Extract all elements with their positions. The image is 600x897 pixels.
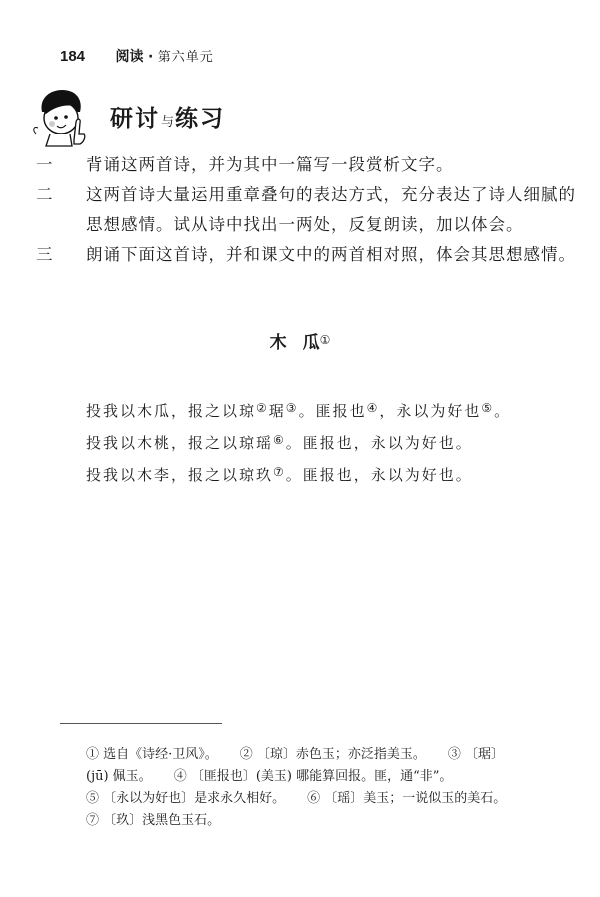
footnote: ① 选自《诗经·卫风》。 [86, 747, 218, 762]
poem-text: 投我以木桃，报之以琼瑶 [86, 434, 273, 452]
heading-connector: 与 [161, 115, 174, 130]
poem-line: 投我以木桃，报之以琼瑶⑥。匪报也，永以为好也。 [86, 426, 511, 458]
footnote-divider [60, 723, 222, 724]
poem-text: 。匪报也，永以为好也。 [286, 434, 473, 452]
footnote-ref: ⑦ [273, 465, 286, 479]
poem-line: 投我以木瓜，报之以琼②琚③。匪报也④，永以为好也⑤。 [86, 394, 511, 426]
poem-line: 投我以木李，报之以琼玖⑦。匪报也，永以为好也。 [86, 458, 511, 490]
poem-text: 琚 [269, 402, 286, 420]
poem-text: 。匪报也，永以为好也。 [286, 466, 473, 484]
footnotes: ① 选自《诗经·卫风》。② 〔琼〕赤色玉；亦泛指美玉。③ 〔琚〕 (jū) 佩玉… [86, 744, 586, 832]
poem-text: ，永以为好也 [379, 402, 481, 420]
exercise-item: 一 背诵这两首诗，并为其中一篇写一段赏析文字。 [36, 150, 576, 180]
exercise-number: 一 [36, 150, 86, 180]
boy-pointing-mascot-icon [28, 84, 100, 154]
footnote-line: ⑤ 〔永以为好也〕是求永久相好。⑥ 〔瑶〕美玉；一说似玉的美石。 [86, 788, 586, 810]
poem-text: 。 [494, 402, 511, 420]
exercise-text: 这两首诗大量运用重章叠句的表达方式，充分表达了诗人细腻的思想感情。试从诗中找出一… [86, 180, 576, 240]
footnote-ref: ⑥ [273, 433, 286, 447]
poem-title: 木瓜① [0, 328, 600, 353]
heading-part2: 练习 [175, 106, 225, 132]
page-number: 184 [60, 48, 85, 65]
poem-text: 。匪报也 [299, 402, 367, 420]
exercise-text: 朗诵下面这首诗，并和课文中的两首相对照，体会其思想感情。 [86, 240, 576, 270]
exercise-text: 背诵这两首诗，并为其中一篇写一段赏析文字。 [86, 150, 576, 180]
footnote: ⑥ 〔瑶〕美玉；一说似玉的美石。 [307, 791, 506, 806]
poem-text: 投我以木李，报之以琼玖 [86, 466, 273, 484]
poem-body: 投我以木瓜，报之以琼②琚③。匪报也④，永以为好也⑤。 投我以木桃，报之以琼瑶⑥。… [86, 394, 511, 490]
section-label: 阅读 [115, 49, 143, 65]
exercise-heading: 研讨与练习 [110, 100, 225, 133]
footnote-ref: ⑤ [481, 401, 494, 415]
header-separator: · [148, 49, 153, 65]
exercise-number: 三 [36, 240, 86, 270]
footnote-line: ⑦ 〔玖〕浅黑色玉石。 [86, 810, 586, 832]
exercise-list: 一 背诵这两首诗，并为其中一篇写一段赏析文字。 二 这两首诗大量运用重章叠句的表… [36, 150, 576, 270]
footnote-line: ① 选自《诗经·卫风》。② 〔琼〕赤色玉；亦泛指美玉。③ 〔琚〕 [86, 744, 586, 766]
footnote-ref: ① [320, 333, 331, 347]
footnote: ② 〔琼〕赤色玉；亦泛指美玉。 [240, 747, 426, 762]
footnote-line: (jū) 佩玉。④ 〔匪报也〕(美玉) 哪能算回报。匪，通“非”。 [86, 766, 586, 788]
footnote: ③ 〔琚〕 [448, 747, 504, 762]
footnote: ⑦ 〔玖〕浅黑色玉石。 [86, 813, 220, 828]
exercise-item: 三 朗诵下面这首诗，并和课文中的两首相对照，体会其思想感情。 [36, 240, 576, 270]
footnote-ref: ② [256, 401, 269, 415]
poem-title-char-1: 木 [270, 333, 287, 353]
poem-title-char-2: 瓜 [303, 333, 320, 353]
footnote: ⑤ 〔永以为好也〕是求永久相好。 [86, 791, 285, 806]
unit-label: 第六单元 [158, 50, 214, 65]
exercise-item: 二 这两首诗大量运用重章叠句的表达方式，充分表达了诗人细腻的思想感情。试从诗中找… [36, 180, 576, 240]
exercise-number: 二 [36, 180, 86, 240]
footnote: ④ 〔匪报也〕(美玉) 哪能算回报。匪，通“非”。 [174, 769, 453, 784]
poem-text: 投我以木瓜，报之以琼 [86, 402, 256, 420]
heading-part1: 研讨 [110, 106, 160, 132]
footnote-ref: ④ [367, 401, 380, 415]
running-header: 184 阅读 · 第六单元 [60, 46, 214, 66]
footnote-ref: ③ [286, 401, 299, 415]
footnote: (jū) 佩玉。 [86, 769, 152, 784]
